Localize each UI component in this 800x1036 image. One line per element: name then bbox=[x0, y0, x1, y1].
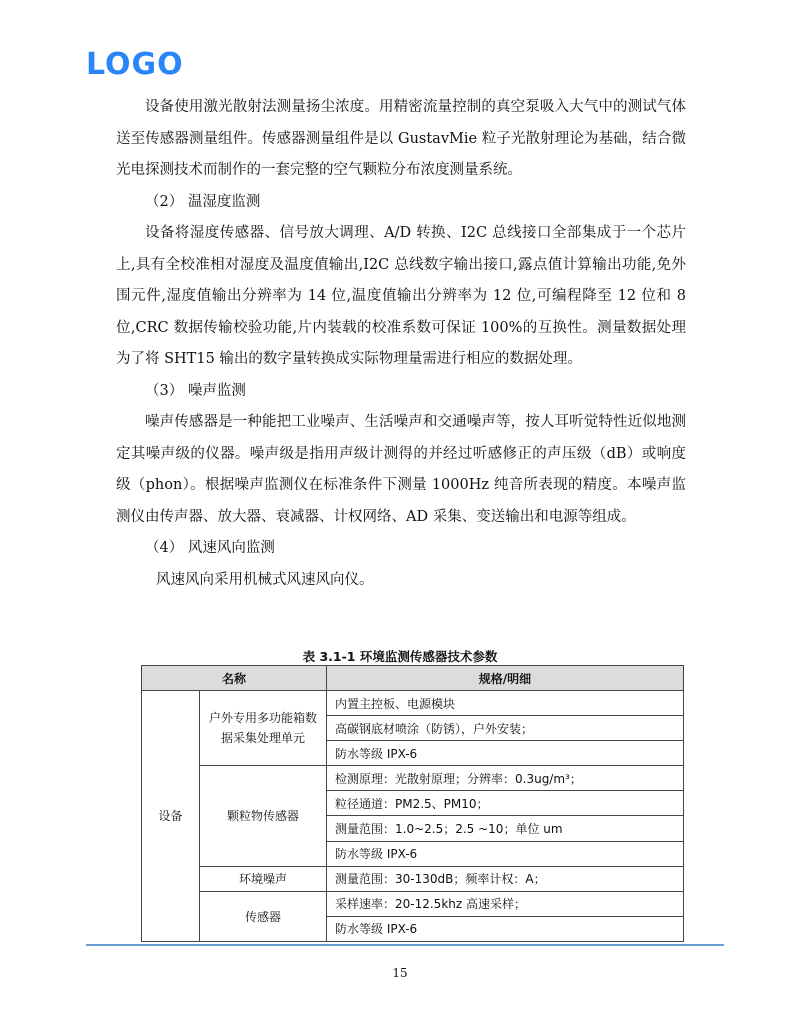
table-row: 环境噪声 测量范围：30-130dB；频率计权：A； bbox=[142, 866, 684, 891]
spec-cell: 防水等级 IPX-6 bbox=[327, 916, 684, 941]
group-name: 户外专用多功能箱数据采集处理单元 bbox=[200, 691, 327, 766]
paragraph-dust: 设备使用激光散射法测量扬尘浓度。用精密流量控制的真空泵吸入大气中的测试气体送至传… bbox=[116, 92, 686, 187]
spec-cell: 高碳钢底材喷涂（防锈），户外安装； bbox=[327, 716, 684, 741]
spec-cell: 防水等级 IPX-6 bbox=[327, 741, 684, 766]
category-cell: 设备 bbox=[142, 691, 200, 942]
header-name: 名称 bbox=[142, 666, 327, 691]
spec-cell: 内置主控板、电源模块 bbox=[327, 691, 684, 716]
sensor-spec-table: 名称 规格/明细 设备 户外专用多功能箱数据采集处理单元 内置主控板、电源模块 … bbox=[141, 665, 684, 942]
page-number: 15 bbox=[0, 966, 800, 980]
group-name: 颗粒物传感器 bbox=[200, 766, 327, 866]
spec-cell: 测量范围：1.0~2.5；2.5 ~10；单位 um bbox=[327, 816, 684, 841]
heading-wind: （4） 风速风向监测 bbox=[116, 533, 686, 565]
spec-cell: 防水等级 IPX-6 bbox=[327, 841, 684, 866]
heading-temp-humidity: （2） 温湿度监测 bbox=[116, 187, 686, 219]
heading-noise: （3） 噪声监测 bbox=[116, 376, 686, 408]
document-body: 设备使用激光散射法测量扬尘浓度。用精密流量控制的真空泵吸入大气中的测试气体送至传… bbox=[116, 92, 686, 596]
paragraph-temp-humidity: 设备将湿度传感器、信号放大调理、A/D 转换、I2C 总线接口全部集成于一个芯片… bbox=[116, 218, 686, 376]
table-caption: 表 3.1-1 环境监测传感器技术参数 bbox=[0, 647, 800, 665]
group-name: 传感器 bbox=[200, 891, 327, 941]
spec-cell: 检测原理：光散射原理；分辨率：0.3ug/m³； bbox=[327, 766, 684, 791]
paragraph-noise: 噪声传感器是一种能把工业噪声、生活噪声和交通噪声等，按人耳听觉特性近似地测定其噪… bbox=[116, 407, 686, 533]
table-header-row: 名称 规格/明细 bbox=[142, 666, 684, 691]
spec-cell: 粒径通道：PM2.5、PM10； bbox=[327, 791, 684, 816]
logo: LOGO bbox=[86, 50, 184, 80]
spec-cell: 采样速率：20-12.5khz 高速采样； bbox=[327, 891, 684, 916]
paragraph-wind: 风速风向采用机械式风速风向仪。 bbox=[116, 565, 686, 597]
spec-cell: 测量范围：30-130dB；频率计权：A； bbox=[327, 866, 684, 891]
table-row: 颗粒物传感器 检测原理：光散射原理；分辨率：0.3ug/m³； bbox=[142, 766, 684, 791]
table-row: 设备 户外专用多功能箱数据采集处理单元 内置主控板、电源模块 bbox=[142, 691, 684, 716]
group-name: 环境噪声 bbox=[200, 866, 327, 891]
footer-divider bbox=[86, 944, 724, 946]
table-row: 传感器 采样速率：20-12.5khz 高速采样； bbox=[142, 891, 684, 916]
header-spec: 规格/明细 bbox=[327, 666, 684, 691]
